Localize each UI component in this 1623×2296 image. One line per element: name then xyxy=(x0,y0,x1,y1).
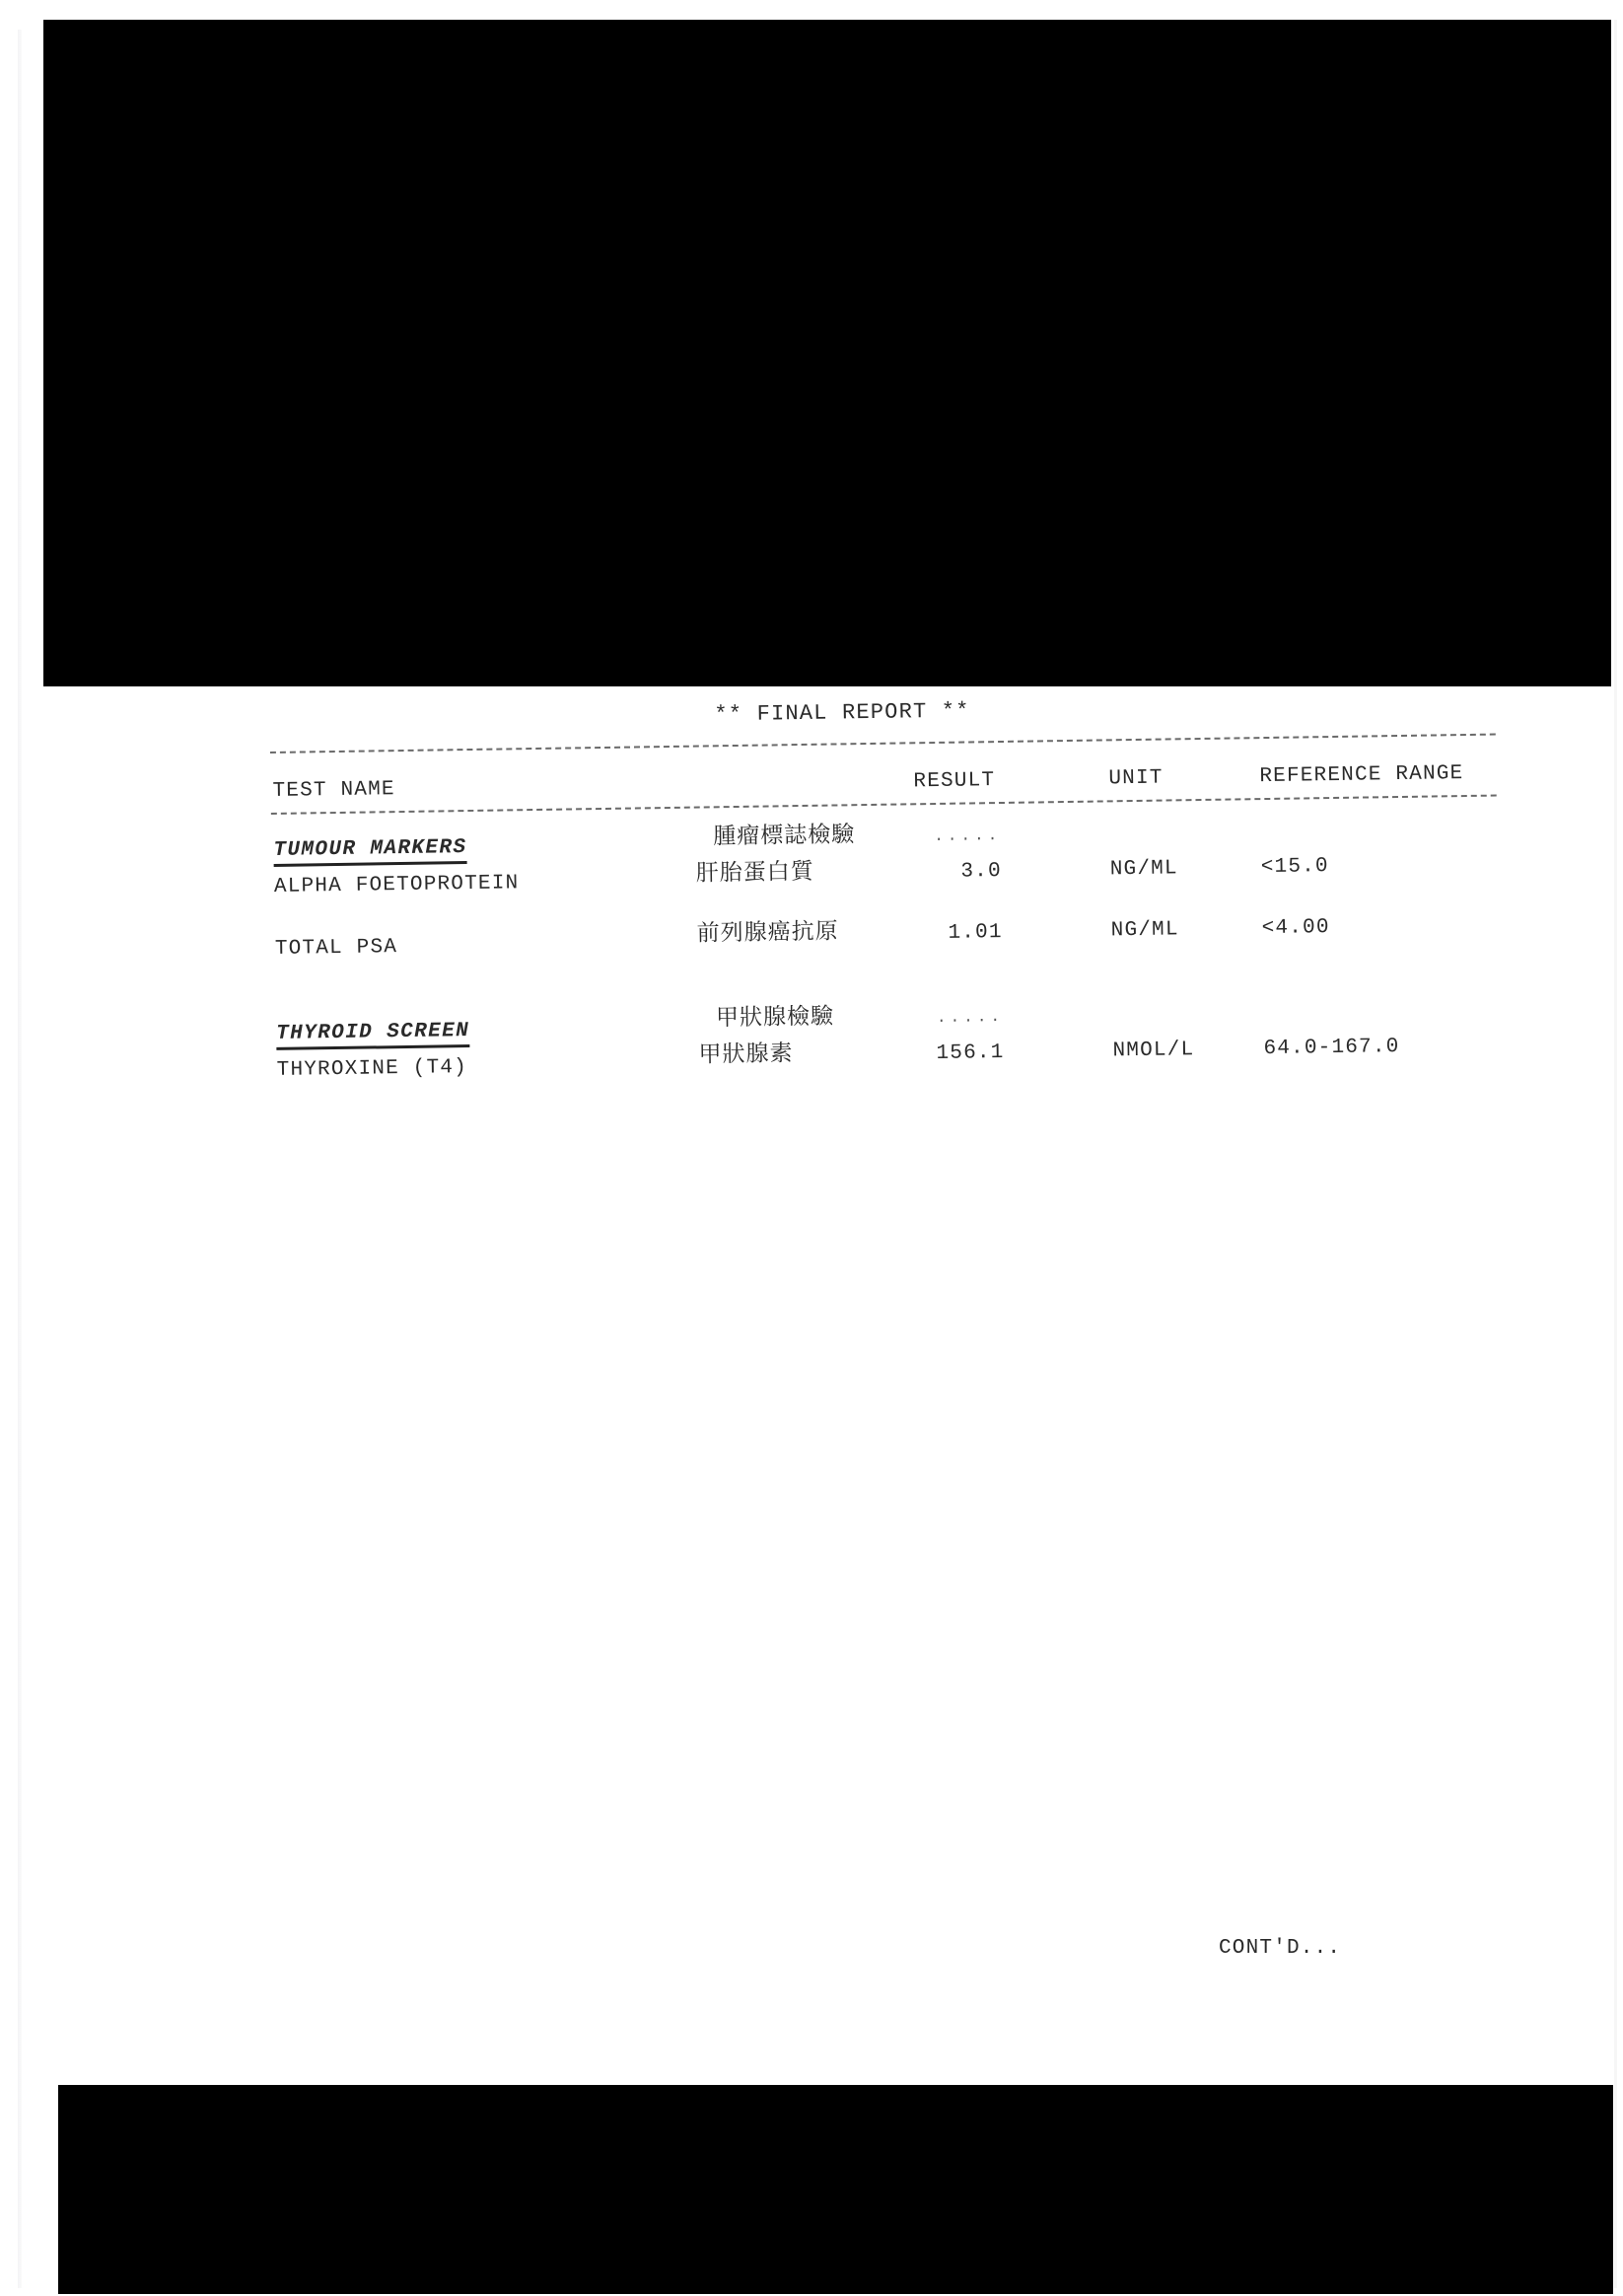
section-title-thyroid-screen: THYROID SCREEN xyxy=(276,1021,469,1050)
test-name-cn-total-psa: 前列腺癌抗原 xyxy=(697,920,839,945)
header-divider-bottom xyxy=(271,795,1497,815)
test-result-alpha-foetoprotein: 3.0 xyxy=(903,861,1002,883)
scan-right-edge xyxy=(1614,20,1617,2288)
test-result-total-psa: 1.01 xyxy=(904,922,1003,944)
test-name-total-psa: TOTAL PSA xyxy=(275,937,398,960)
test-unit-thyroxine: NMOL/L xyxy=(1112,1040,1194,1061)
column-header-unit: UNIT xyxy=(1108,768,1164,790)
column-header-reference-range: REFERENCE RANGE xyxy=(1259,763,1463,787)
section-dots: ..... xyxy=(905,1009,1004,1026)
test-reference-thyroxine: 64.0-167.0 xyxy=(1263,1037,1399,1059)
lab-report: ** FINAL REPORT ** TEST NAME RESULT UNIT… xyxy=(269,672,1508,1104)
test-name-alpha-foetoprotein: ALPHA FOETOPROTEIN xyxy=(274,873,520,897)
test-reference-total-psa: <4.00 xyxy=(1262,917,1330,939)
header-divider-top xyxy=(270,734,1496,753)
test-unit-total-psa: NG/ML xyxy=(1111,919,1179,941)
continued-note: CONT'D... xyxy=(1219,1937,1341,1960)
report-title: ** FINAL REPORT ** xyxy=(714,700,970,726)
test-unit-alpha-foetoprotein: NG/ML xyxy=(1110,858,1178,880)
section-title-cn-thyroid-screen: 甲狀腺檢驗 xyxy=(716,1006,834,1031)
test-name-cn-alpha-foetoprotein: 肝胎蛋白質 xyxy=(696,861,814,886)
scan-left-edge xyxy=(18,30,22,2288)
test-name-cn-thyroxine: 甲狀腺素 xyxy=(698,1042,793,1066)
column-header-test-name: TEST NAME xyxy=(272,779,395,802)
section-title-cn-tumour-markers: 腫瘤標誌檢驗 xyxy=(713,824,855,848)
column-header-result: RESULT xyxy=(913,770,995,792)
test-result-thyroxine: 156.1 xyxy=(905,1042,1004,1064)
section-dots: ..... xyxy=(902,827,1001,844)
test-name-thyroxine: THYROXINE (T4) xyxy=(277,1057,468,1081)
test-reference-alpha-foetoprotein: <15.0 xyxy=(1261,856,1329,878)
section-title-tumour-markers: TUMOUR MARKERS xyxy=(273,837,466,867)
redacted-footer-block xyxy=(58,2085,1613,2294)
redacted-header-block xyxy=(43,20,1611,686)
